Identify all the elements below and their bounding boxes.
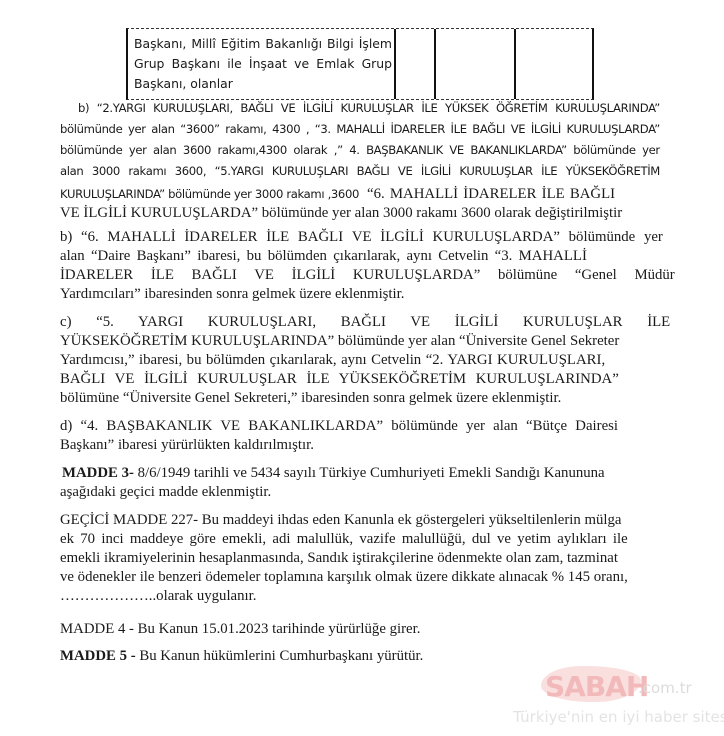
text-line: bölümündeyeralan“3600”rakamı,4300,“3.MAH…	[60, 122, 660, 136]
table-divider	[514, 29, 516, 99]
text-line: ve ödenekler ile benzeri ödemeler toplam…	[60, 569, 628, 586]
text-line: aşağıdaki geçici madde eklenmiştir.	[60, 484, 271, 501]
text-line: İDARELER İLE BAĞLI VE İLGİLİ KURULUŞLARD…	[60, 267, 675, 284]
madde-3-label: MADDE 3-	[62, 465, 134, 481]
sabah-watermark: SABAH .com.tr Türkiye'nin en iyi haber s…	[533, 664, 723, 736]
text-line: BAĞLI VE İLGİLİ KURULUŞLAR İLE YÜKSEKÖĞR…	[60, 371, 619, 388]
text-line: GEÇİCİ MADDE 227- Bu maddeyi ihdas eden …	[60, 512, 621, 529]
text-line: emekli ikramiyelerinin hesaplanmasında, …	[60, 550, 618, 567]
cetvel-table-fragment: Başkanı, Millî Eğitim Bakanlığı Bilgi İş…	[126, 28, 594, 100]
text-line: d) “4. BAŞBAKANLIK VE BAKANLIKLARDA” böl…	[60, 418, 618, 435]
table-cell-title: Başkanı, Millî Eğitim Bakanlığı Bilgi İş…	[134, 34, 392, 94]
text-line: alan3000rakamı3600,“5.YARGIKURULUŞLARIBA…	[60, 164, 660, 178]
text-line: Başkanı” ibaresi yürürlükten kaldırılmış…	[60, 437, 314, 454]
text-line: VE İLGİLİ KURULUŞLARDA” bölümünde yer al…	[60, 205, 622, 222]
watermark-domain: .com.tr	[638, 679, 692, 697]
text-line: ek 70 inci maddeye göre emekli, adi malu…	[60, 531, 628, 548]
table-divider	[394, 29, 396, 99]
text-line: KURULUŞLARINDA” bölümünde yer 3000 rakam…	[60, 185, 615, 203]
madde-4: MADDE 4 - Bu Kanun 15.01.2023 tarihinde …	[60, 621, 420, 638]
text-line: MADDE 3- 8/6/1949 tarihli ve 5434 sayılı…	[62, 465, 605, 482]
text-line: c) “5. YARGI KURULUŞLARI, BAĞLI VE İLGİL…	[60, 314, 670, 331]
text-line: Yardımcısı,” ibaresi, bu bölümden çıkarı…	[60, 352, 605, 369]
text-line: YÜKSEKÖĞRETİM KURULUŞLARINDA” bölümünde …	[60, 333, 619, 350]
madde-5-label: MADDE 5 -	[60, 648, 136, 664]
document-page: Başkanı, Millî Eğitim Bakanlığı Bilgi İş…	[0, 0, 724, 736]
text-line: bölümüne “Üniversite Genel Sekreteri,” i…	[60, 390, 561, 407]
text-line: b)“2.YARGIKURULUŞLARI,BAĞLIVEİLGİLİKURUL…	[78, 101, 660, 115]
text-line: ………………..olarak uygulanır.	[60, 588, 256, 605]
table-divider	[434, 29, 436, 99]
madde-5: MADDE 5 - Bu Kanun hükümlerini Cumhurbaş…	[60, 648, 423, 665]
text-line: bölümündeyeralan3600rakamı,4300olarak,”4…	[60, 143, 660, 157]
text-line: Yardımcıları” ibaresinden sonra gelmek ü…	[60, 286, 404, 303]
watermark-tagline: Türkiye'nin en iyi haber sitesi	[513, 708, 724, 726]
watermark-brand: SABAH	[545, 670, 648, 703]
text-line: alan “Daire Başkanı” ibaresi, bu bölümde…	[60, 248, 587, 265]
text-line: b)“6.MAHALLİİDARELERİLEBAĞLIVEİLGİLİKURU…	[60, 229, 663, 246]
